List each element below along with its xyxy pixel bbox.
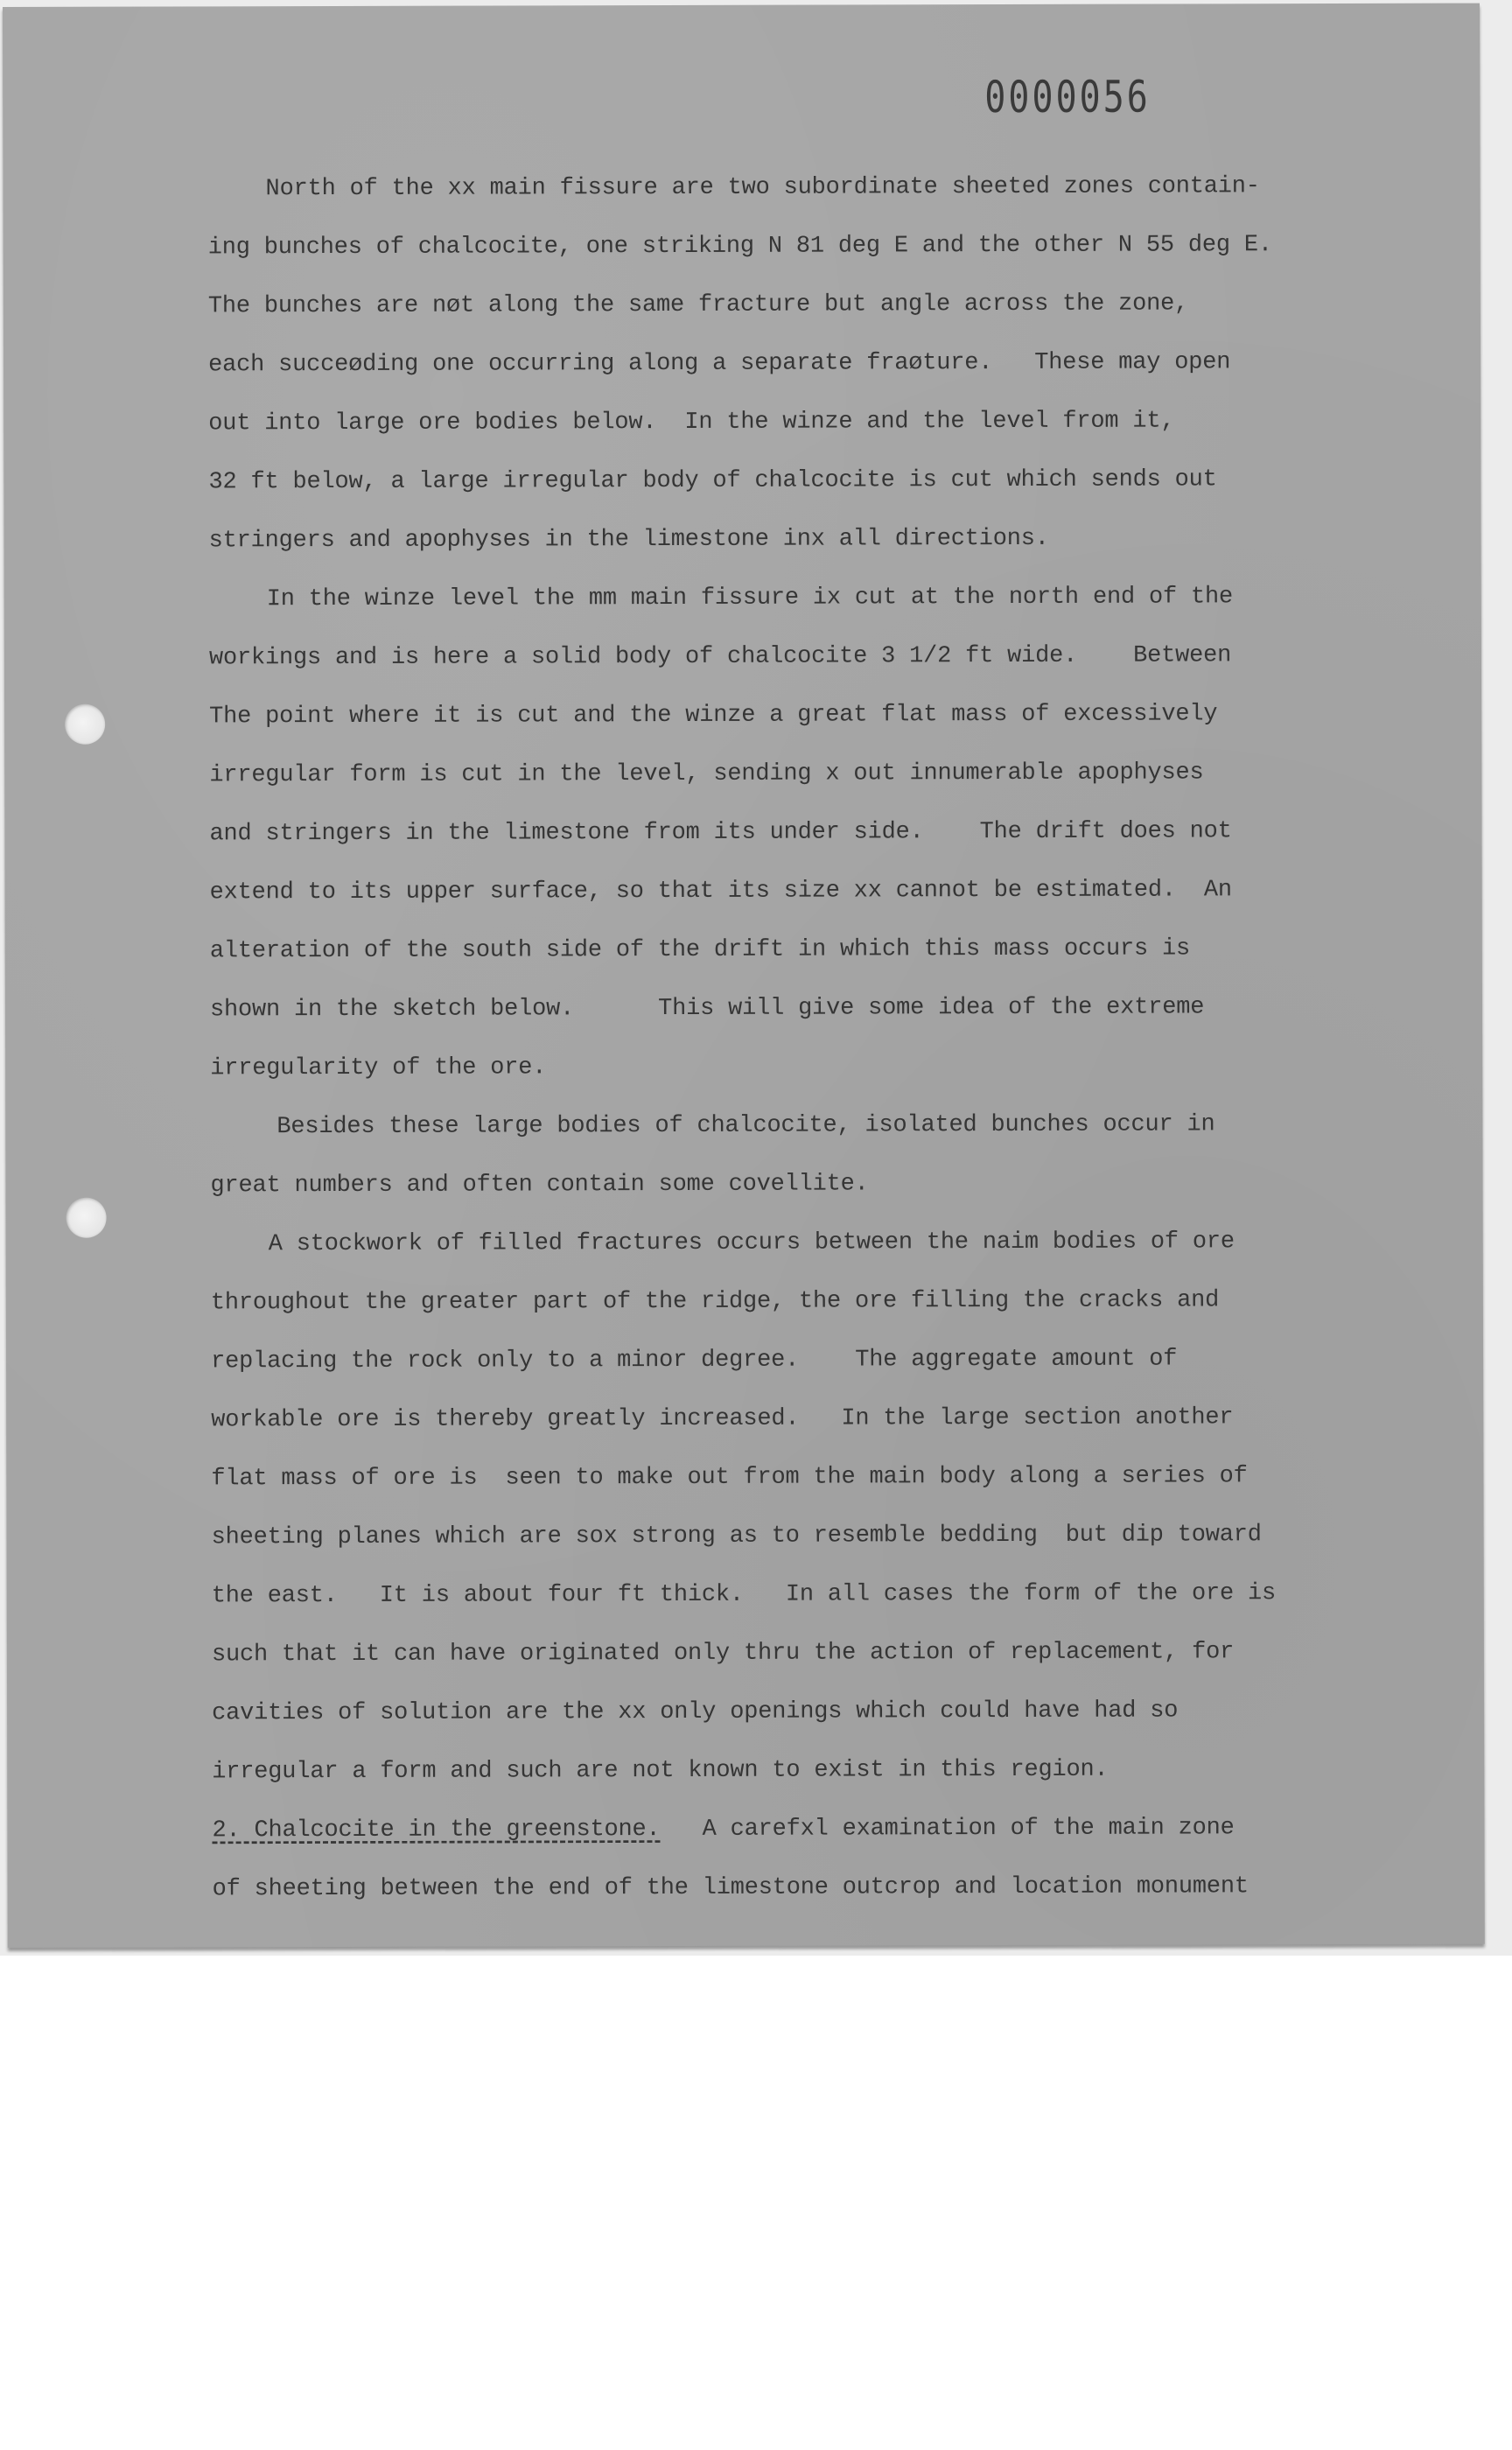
text-line: replacing the rock only to a minor degre… bbox=[211, 1330, 1436, 1392]
punch-hole-top bbox=[65, 704, 105, 745]
text-line: A carefxl examination of the main zone bbox=[661, 1815, 1235, 1843]
text-line: shown in the sketch below. This will giv… bbox=[210, 978, 1435, 1040]
body-text: North of the xx main fissure are two sub… bbox=[207, 157, 1437, 1920]
text-line: out into large ore bodies below. In the … bbox=[208, 392, 1433, 454]
text-line: 32 ft below, a large irregular body of c… bbox=[208, 451, 1433, 513]
text-line: cavities of solution are the xx only ope… bbox=[212, 1682, 1437, 1744]
text-line: North of the xx main fissure are two sub… bbox=[207, 157, 1432, 220]
text-line: workable ore is thereby greatly increase… bbox=[211, 1389, 1436, 1451]
text-line: The bunches are nøt along the same fract… bbox=[208, 275, 1433, 337]
typewritten-page: 0000056 North of the xx main fissure are… bbox=[3, 3, 1485, 1948]
text-line: great numbers and often contain some cov… bbox=[210, 1154, 1435, 1216]
text-line: A stockwork of filled fractures occurs b… bbox=[211, 1213, 1436, 1275]
section-line: 2. Chalcocite in the greenstone. A caref… bbox=[212, 1799, 1437, 1861]
section-heading: 2. Chalcocite in the greenstone. bbox=[212, 1816, 660, 1844]
text-line: each succeøding one occurring along a se… bbox=[208, 333, 1433, 395]
text-line: flat mass of ore is seen to make out fro… bbox=[211, 1447, 1436, 1509]
text-line: ing bunches of chalcocite, one striking … bbox=[208, 216, 1433, 278]
text-line: and stringers in the limestone from its … bbox=[209, 802, 1434, 864]
text-line: sheeting planes which are sox strong as … bbox=[211, 1506, 1436, 1568]
text-line: throughout the greater part of the ridge… bbox=[211, 1271, 1436, 1333]
text-line: Besides these large bodies of chalcocite… bbox=[210, 1095, 1435, 1158]
text-line: irregular form is cut in the level, send… bbox=[209, 744, 1434, 806]
text-line: In the winze level the mm main fissure i… bbox=[209, 568, 1434, 630]
text-line: stringers and apophyses in the limestone… bbox=[209, 509, 1434, 571]
text-line: the east. It is about four ft thick. In … bbox=[212, 1564, 1437, 1627]
text-line: The point where it is cut and the winze … bbox=[209, 685, 1434, 747]
text-line: workings and is here a solid body of cha… bbox=[209, 626, 1434, 689]
page-number: 0000056 bbox=[984, 73, 1151, 123]
text-line: irregularity of the ore. bbox=[210, 1037, 1435, 1099]
text-line: irregular a form and such are not known … bbox=[212, 1740, 1437, 1802]
text-line: such that it can have originated only th… bbox=[212, 1623, 1437, 1685]
text-line: extend to its upper surface, so that its… bbox=[210, 861, 1435, 923]
punch-hole-bottom bbox=[66, 1198, 107, 1238]
text-line: of sheeting between the end of the limes… bbox=[213, 1858, 1438, 1920]
text-line: alteration of the south side of the drif… bbox=[210, 920, 1435, 982]
